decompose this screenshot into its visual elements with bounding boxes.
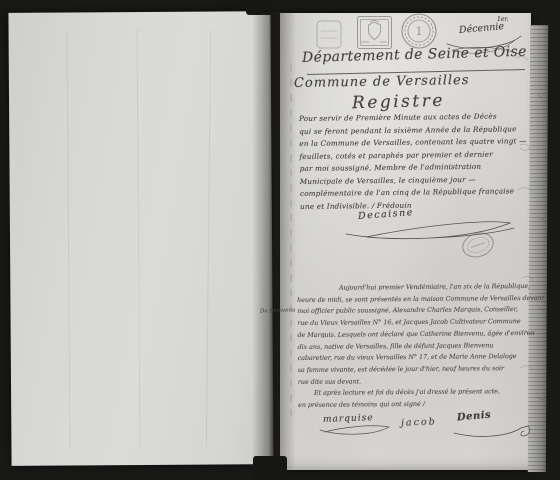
act-line: de Marquis. Lesquels ont déclaré que Cat… xyxy=(297,328,533,342)
act-line: sa femme vivante, est décédée le jour d'… xyxy=(298,363,534,377)
bleed-through-marks xyxy=(508,40,552,440)
witness-signature-jacob: jacob xyxy=(401,416,437,428)
act-line: Et après lecture et foi du décès j'ai dr… xyxy=(298,386,534,400)
binding-notch-top xyxy=(246,0,273,15)
scanned-register-page: 1 1er. Décennie Département de Seine et … xyxy=(0,0,560,480)
death-act-paragraph: Aujourd'hui premier Vendémiaire, l'an si… xyxy=(297,281,534,412)
blank-verso-page xyxy=(8,11,273,466)
binding-notch-bottom xyxy=(253,456,287,480)
circular-postmark-icon: 1 xyxy=(400,12,438,50)
postmark-number: 1 xyxy=(416,25,423,38)
coat-of-arms-stamp-icon xyxy=(356,15,393,51)
commune-title: Commune de Versailles xyxy=(294,73,470,91)
preamble-paragraph: Pour servir de Première Minute aux actes… xyxy=(299,110,533,213)
paper-crease xyxy=(206,30,211,447)
paper-crease xyxy=(137,30,141,447)
faint-stamp-icon xyxy=(314,19,344,51)
register-title: Registre xyxy=(352,91,445,113)
marquise-signature-flourish xyxy=(317,423,397,439)
act-line: en présence des témoins qui ont signé / xyxy=(298,398,534,412)
show-through-marks xyxy=(285,55,299,435)
paper-crease xyxy=(67,31,71,448)
signature-paraph-flourish xyxy=(338,216,524,244)
